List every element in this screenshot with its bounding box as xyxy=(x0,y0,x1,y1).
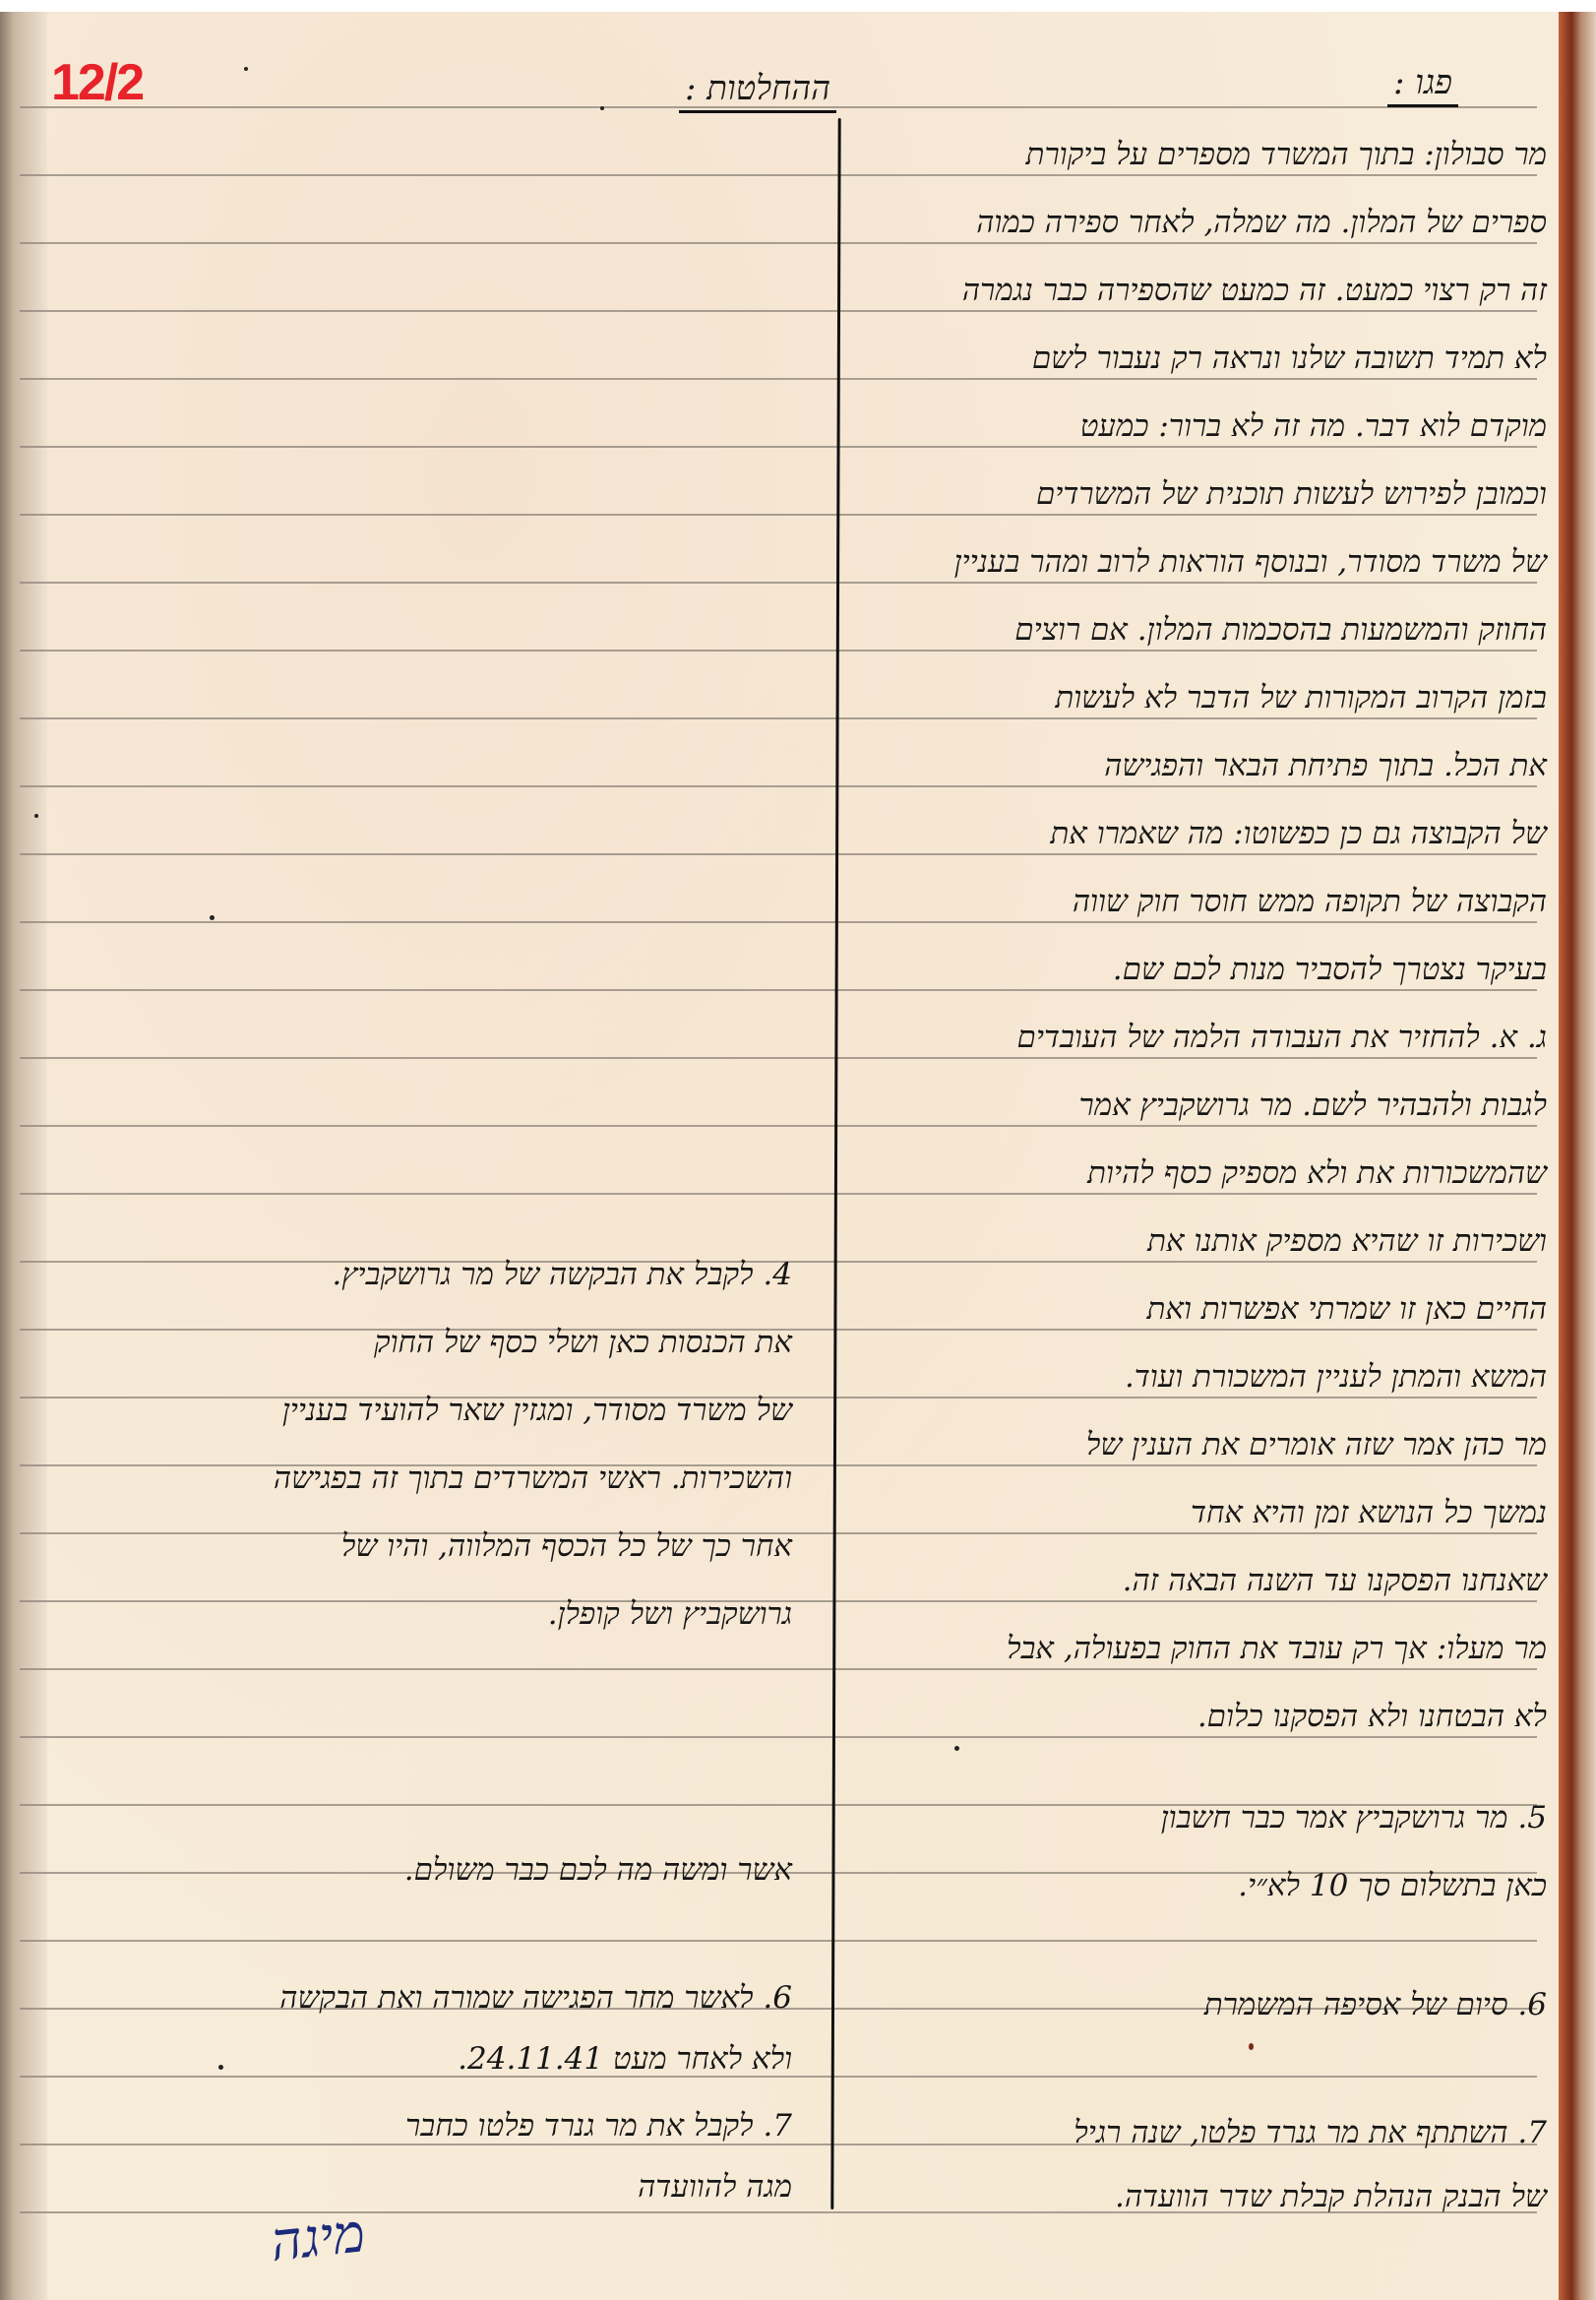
ink-speck xyxy=(954,1746,959,1751)
text-line: מוקדם לוא דבר. מה זה לא ברור: כמעט xyxy=(1080,406,1547,446)
text-line: המשא והמתן לעניין המשכורת ועוד. xyxy=(1125,1357,1547,1397)
text-line: ספרים של המלון. מה שמלה, לאחר ספירה כמוה xyxy=(976,203,1547,242)
text-line: לגבות ולהבהיר לשם. מר גרושקביץ אמר xyxy=(1079,1086,1547,1125)
ink-speck xyxy=(218,2065,223,2070)
text-line: מר כהן אמר שזה אומרים את הענין של xyxy=(1086,1425,1547,1464)
resolution-item-4-line: אחר כך של כל הכסף המלווה, והיו של xyxy=(341,1526,792,1566)
discussion-item-7-line: 7. השתתף את מר גנרד פלטו, שנה רגיל xyxy=(1074,2113,1547,2152)
resolution-item-6-line: ולא לאחר מעט 24.11.41. xyxy=(458,2039,792,2079)
discussion-item-7-line: של הבנק הנהלת קבלת שדר הוועדה. xyxy=(1115,2177,1547,2216)
resolution-item-4-line: והשכירות. ראשי המשרדים בתוך זה בפגישה xyxy=(274,1459,792,1498)
ink-speck xyxy=(600,106,604,110)
text-line: בעיקר נצטרך להסביר מנות לכם שם. xyxy=(1113,950,1547,989)
resolution-item-7-line: מגה להוועדה xyxy=(638,2167,792,2207)
text-line: מר סבולון: בתוך המשרד מספרים על ביקורת xyxy=(1026,135,1547,174)
ink-speck xyxy=(34,814,38,818)
right-column-discussion: מר סבולון: בתוך המשרד מספרים על ביקורת ס… xyxy=(848,12,1547,2300)
text-line: נמשך כל הנושא זמן והיא אחד xyxy=(1191,1493,1547,1532)
text-line: ושכירות זו שהיא מספיק אותנו את xyxy=(1147,1221,1547,1261)
resolution-item-6-line: 6. לאשר מחר הפגישה שמורה ואת הבקשה xyxy=(279,1978,792,2018)
text-line: לא תמיד תשובה שלנו ונראה רק נעבור לשם xyxy=(1032,339,1547,378)
text-line: וכמובן לפירוש לעשות תוכנית של המשרדים xyxy=(1036,474,1547,514)
discussion-item-5-line: 5. מר גרושקביץ אמר כבר חשבון xyxy=(1161,1798,1547,1837)
left-binding-edge xyxy=(0,12,47,2300)
ink-speck xyxy=(210,915,215,920)
resolution-item-4-line: של משרד מסודר, ומגזין שאר להועיד בעניין xyxy=(282,1391,792,1430)
resolution-item-4-line: גרושקביץ ושל קופלן. xyxy=(548,1594,792,1634)
text-line: בזמן הקרוב המקורות של הדבר לא לעשות xyxy=(1055,678,1547,717)
ink-speck xyxy=(244,67,248,71)
resolution-item-7-line: 7. לקבל את מר גנרד פלטו כחבר xyxy=(405,2106,792,2145)
discussion-item-5-line: כאן בתשלום סך 10 לא״י. xyxy=(1238,1866,1547,1905)
right-binding-edge xyxy=(1559,12,1596,2300)
text-line: של הקבוצה גם כן כפשוטו: מה שאמרו את xyxy=(1050,814,1547,853)
resolution-item-4-line: 4. לקבל את הבקשה של מר גרושקביץ. xyxy=(332,1255,792,1294)
left-column-resolutions: 4. לקבל את הבקשה של מר גרושקביץ. את הכנס… xyxy=(69,12,792,2300)
text-line: ג. א. להחזיר את העבודה הלמה של העובדים xyxy=(1017,1018,1548,1057)
ink-speck xyxy=(1249,2043,1254,2050)
text-line: החיים כאן זו שמרתי אפשרות ואת xyxy=(1147,1289,1548,1329)
resolution-item-4-line: את הכנסות כאן ושלי כסף של החוק xyxy=(374,1323,792,1362)
resolution-note-line: אשר ומשה מה לכם כבר משולם. xyxy=(404,1850,792,1890)
text-line: את הכל. בתוך פתיחת הבאר והפגישה xyxy=(1104,746,1547,785)
column-divider xyxy=(830,118,840,2209)
text-line: זה רק רצוי כמעט. זה כמעט שהספירה כבר נגמ… xyxy=(962,271,1547,310)
discussion-item-6-line: 6. סיום של אסיפה המשמרת xyxy=(1204,1985,1547,2024)
text-line: שהמשכורות את ולא מספיק כסף להיות xyxy=(1087,1153,1547,1193)
text-line: לא הבטחנו ולא הפסקנו כלום. xyxy=(1197,1697,1547,1736)
notebook-page: 12/2 פגו : ההחלטות : מר סבולון: בתוך המש… xyxy=(0,12,1596,2300)
signature: מיגה xyxy=(268,2202,368,2273)
text-line: של משרד מסודר, ובנוסף הוראות לרוב ומהר ב… xyxy=(954,542,1547,582)
text-line: שאנחנו הפסקנו עד השנה הבאה זה. xyxy=(1123,1561,1547,1600)
text-line: הקבוצה של תקופה ממש חוסר חוק שווה xyxy=(1073,882,1547,921)
text-line: מר מעלו: אך רק עובד את החוק בפעולה, אבל xyxy=(1007,1629,1547,1668)
text-line: החוזק והמשמעות בהסכמות המלון. אם רוצים xyxy=(1014,610,1547,650)
